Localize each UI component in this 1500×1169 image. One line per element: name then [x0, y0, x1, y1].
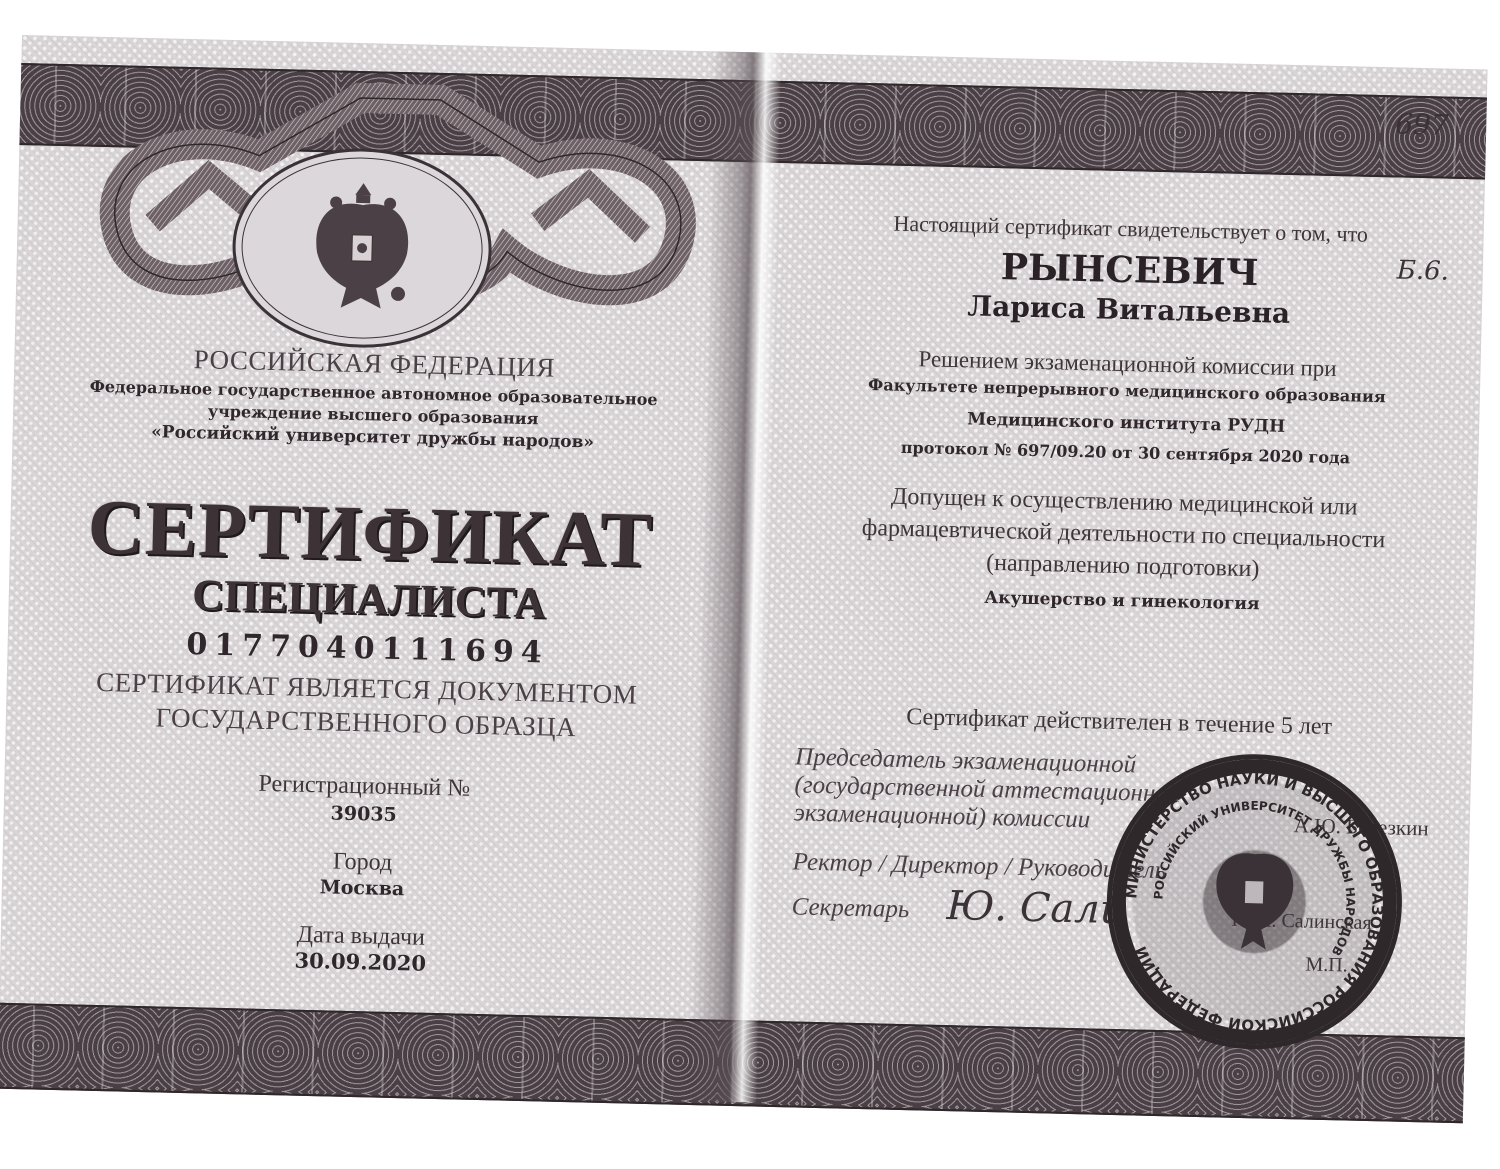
- double-headed-eagle-icon: [225, 140, 500, 356]
- validity-text: Сертификат действителен в течение 5 лет: [766, 701, 1472, 745]
- secretary-signature: Ю. Сали: [946, 883, 1126, 933]
- decision-line-3: Медицинского института РУДН: [773, 405, 1479, 442]
- specialty: Акушерство и гинекология: [769, 583, 1475, 620]
- official-round-stamp: МИНИСТЕРСТВО НАУКИ И ВЫСШЕГО ОБРАЗОВАНИЯ…: [1103, 751, 1405, 1053]
- protocol-line: протокол № 697/09.20 от 30 сентября 2020…: [772, 435, 1478, 471]
- certificate-document: РОССИЙСКАЯ ФЕДЕРАЦИЯ Федеральное государ…: [0, 35, 1488, 1119]
- right-page: 697 Настоящий сертификат свидетельствует…: [757, 53, 1488, 1119]
- secretary-label: Секретарь: [791, 893, 909, 924]
- handwritten-page-number: 697: [1395, 107, 1449, 141]
- stamp-eagle-icon: МИНИСТЕРСТВО НАУКИ И ВЫСШЕГО ОБРАЗОВАНИЯ…: [1109, 756, 1401, 1048]
- left-page: РОССИЙСКАЯ ФЕДЕРАЦИЯ Федеральное государ…: [0, 35, 742, 1102]
- chair-line-3: экзаменационной) комиссии: [794, 799, 1091, 834]
